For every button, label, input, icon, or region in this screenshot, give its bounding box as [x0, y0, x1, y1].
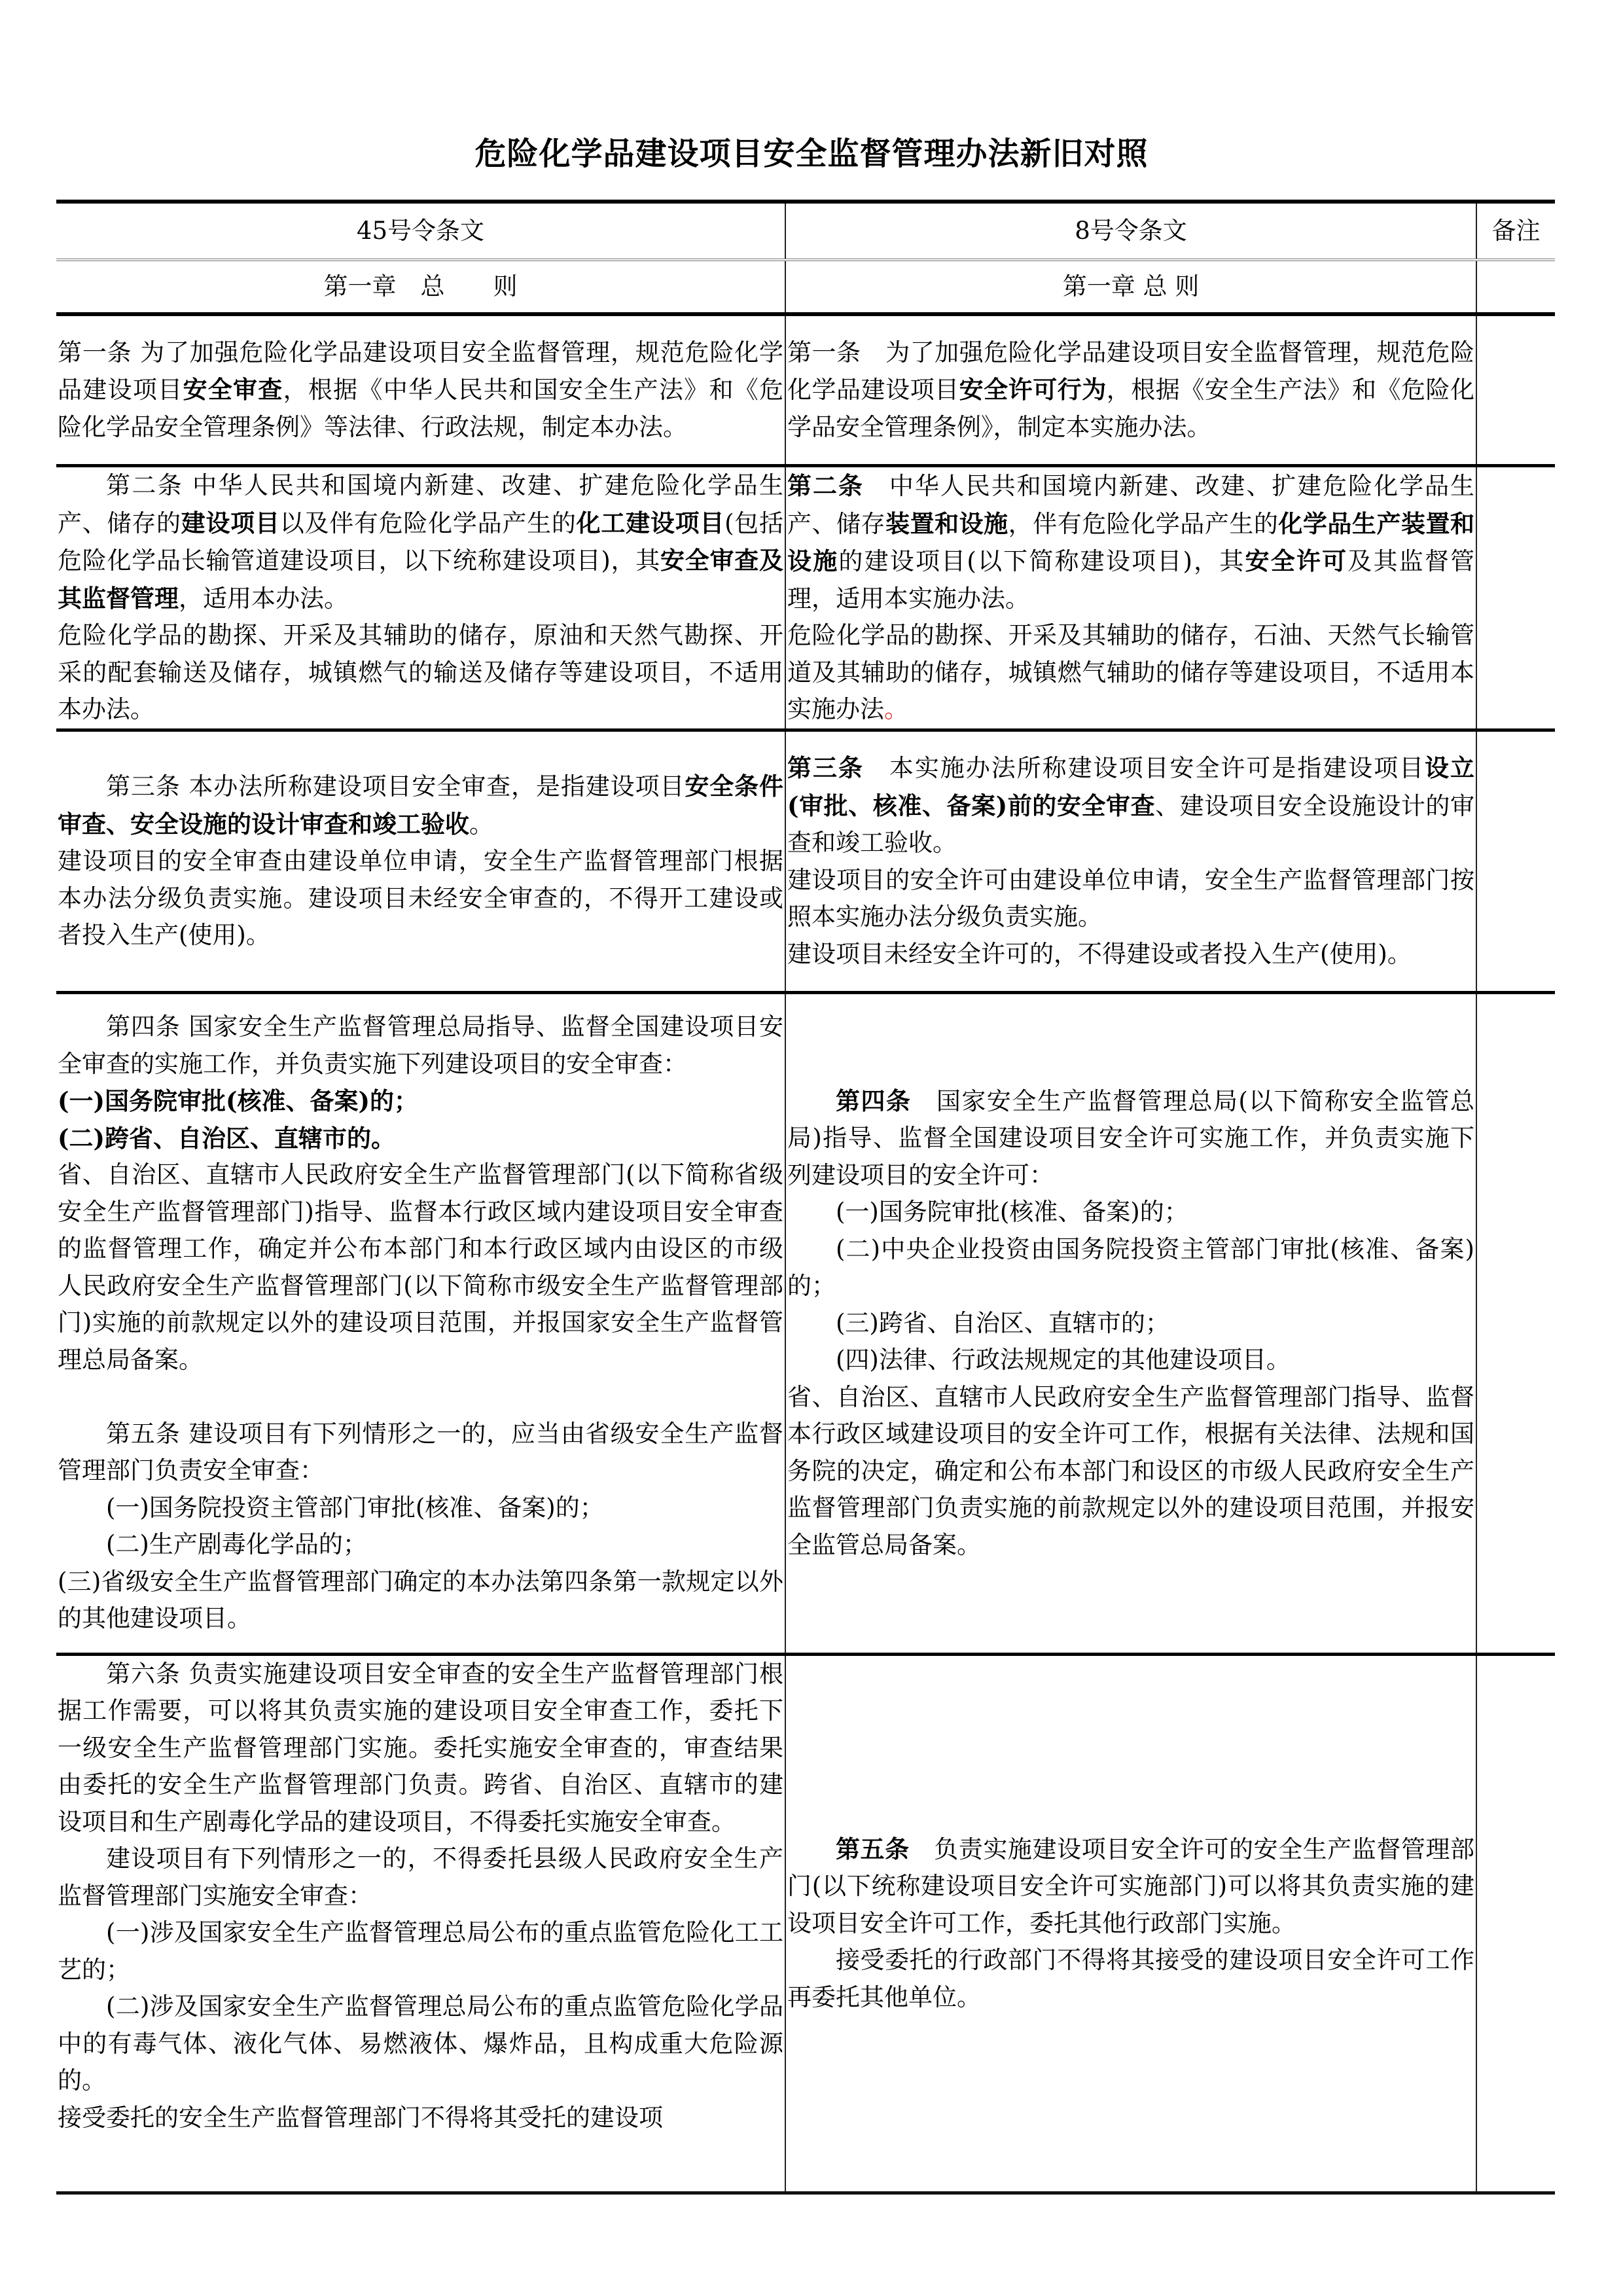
remarks-cell [1476, 992, 1555, 1654]
emphasis: 装置和设施 [885, 509, 1008, 538]
emphasis: 化工建设项目 [577, 509, 724, 537]
remarks-cell [1476, 466, 1555, 730]
article-label: 第三条 [787, 753, 864, 782]
remarks-cell [1476, 1654, 1555, 2193]
red-period-mark: 。 [884, 695, 908, 723]
header-old-order: 45号令条文 [56, 202, 785, 260]
emphasis: 安全审查 [183, 375, 283, 404]
chapter-row: 第一章 总 则 第一章 总 则 [56, 260, 1555, 314]
chapter-new: 第一章 总 则 [785, 260, 1476, 314]
old-article-1: 第一条 为了加强危险化学品建设项目安全监督管理，规范危险化学品建设项目安全审查，… [56, 314, 785, 466]
table-row: 第一条 为了加强危险化学品建设项目安全监督管理，规范危险化学品建设项目安全审查，… [56, 314, 1555, 466]
remarks-cell [1476, 730, 1555, 992]
chapter-old-word2: 则 [493, 272, 518, 300]
new-article-5: 第五条 负责实施建设项目安全许可的安全生产监督管理部门(以下统称建设项目安全许可… [785, 1654, 1476, 2193]
old-article-2: 第二条 中华人民共和国境内新建、改建、扩建危险化学品生产、储存的建设项目以及伴有… [56, 466, 785, 730]
table-row: 第四条 国家安全生产监督管理总局指导、监督全国建设项目安全审查的实施工作，并负责… [56, 992, 1555, 1654]
emphasis: 安全许可行为 [959, 375, 1107, 404]
article-label: 第四条 [836, 1086, 911, 1115]
emphasis: 安全许可 [1245, 547, 1348, 575]
table-header-row: 45号令条文 8号令条文 备注 [56, 202, 1555, 260]
header-remarks: 备注 [1476, 202, 1555, 260]
new-article-3: 第三条 本实施办法所称建设项目安全许可是指建设项目设立(审批、核准、备案)前的安… [785, 730, 1476, 992]
old-article-4-5: 第四条 国家安全生产监督管理总局指导、监督全国建设项目安全审查的实施工作，并负责… [56, 992, 785, 1654]
article-label: 第二条 [787, 471, 864, 500]
new-article-4: 第四条 国家安全生产监督管理总局(以下简称安全监管总局)指导、监督全国建设项目安… [785, 992, 1476, 1654]
table-row: 第六条 负责实施建设项目安全审查的安全生产监督管理部门根据工作需要，可以将其负责… [56, 1654, 1555, 2193]
chapter-remarks [1476, 260, 1555, 314]
emphasis: (二)跨省、自治区、直辖市的。 [58, 1120, 783, 1157]
old-article-3: 第三条 本办法所称建设项目安全审查，是指建设项目安全条件审查、安全设施的设计审查… [56, 730, 785, 992]
remarks-cell [1476, 314, 1555, 466]
comparison-table: 45号令条文 8号令条文 备注 第一章 总 则 第一章 总 则 第一条 为了加强… [56, 200, 1555, 2195]
chapter-old: 第一章 总 则 [56, 260, 785, 314]
emphasis: 建设项目 [181, 509, 280, 537]
document-title: 危险化学品建设项目安全监督管理办法新旧对照 [0, 131, 1623, 177]
new-article-2: 第二条 中华人民共和国境内新建、改建、扩建危险化学品生产、储存装置和设施，伴有危… [785, 466, 1476, 730]
old-article-6: 第六条 负责实施建设项目安全审查的安全生产监督管理部门根据工作需要，可以将其负责… [56, 1654, 785, 2193]
chapter-old-prefix: 第一章 [324, 272, 397, 300]
emphasis: (一)国务院审批(核准、备案)的； [58, 1083, 783, 1120]
new-article-1: 第一条 为了加强危险化学品建设项目安全监督管理，规范危险化学品建设项目安全许可行… [785, 314, 1476, 466]
chapter-old-word1: 总 [421, 272, 445, 300]
table-row: 第三条 本办法所称建设项目安全审查，是指建设项目安全条件审查、安全设施的设计审查… [56, 730, 1555, 992]
table-row: 第二条 中华人民共和国境内新建、改建、扩建危险化学品生产、储存的建设项目以及伴有… [56, 466, 1555, 730]
article-label: 第五条 [836, 1835, 910, 1863]
header-new-order: 8号令条文 [785, 202, 1476, 260]
